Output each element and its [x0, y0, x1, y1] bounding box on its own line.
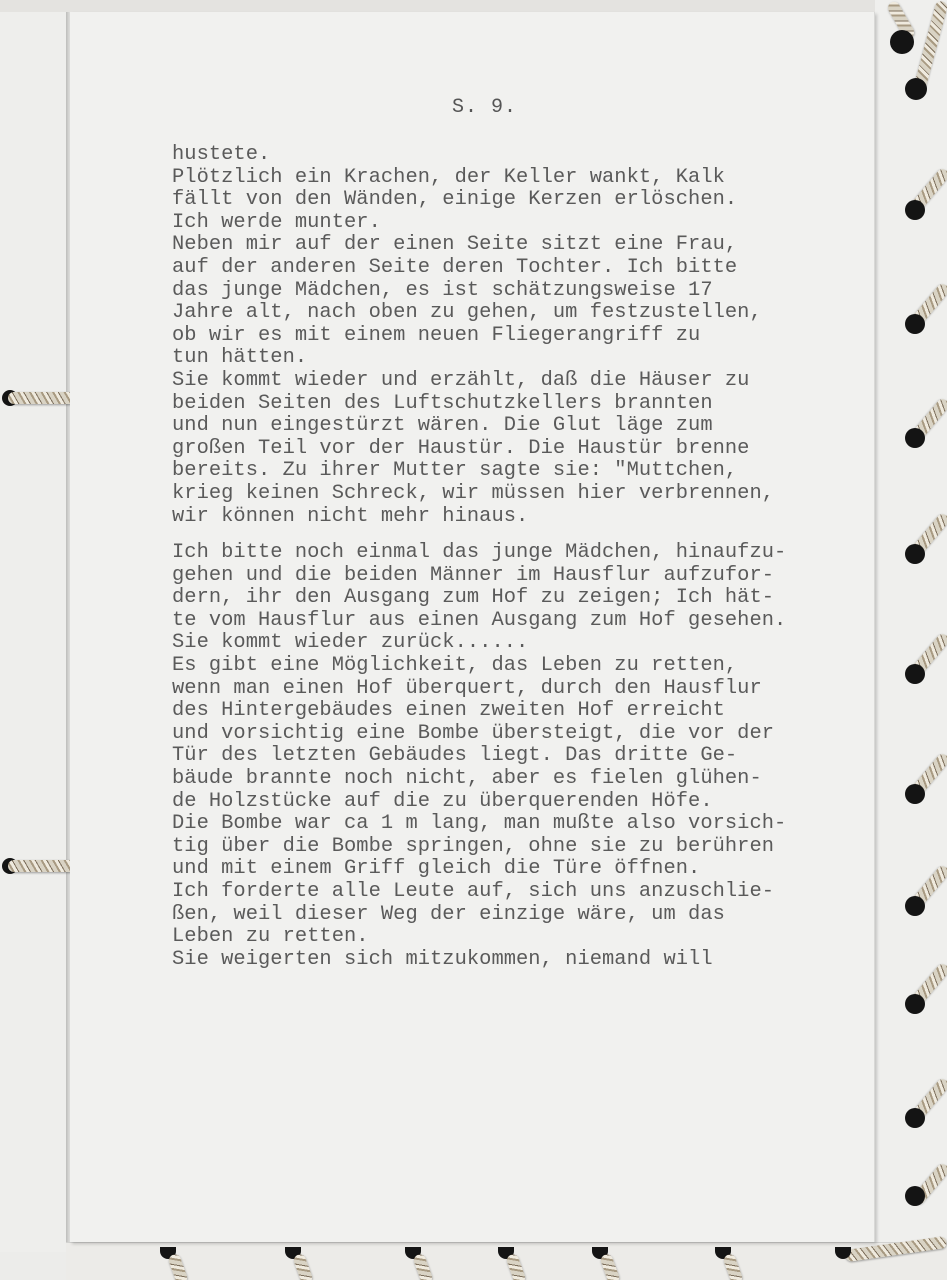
text-line: Leben zu retten.: [172, 926, 872, 949]
binding-hole: [905, 1186, 925, 1206]
text-line: Ich werde munter.: [172, 212, 872, 235]
text-line: Sie weigerten sich mitzukommen, niemand …: [172, 949, 872, 972]
text-line: beiden Seiten des Luftschutzkellers bran…: [172, 393, 872, 416]
text-line: fällt von den Wänden, einige Kerzen erlö…: [172, 189, 872, 212]
text-line: tig über die Bombe springen, ohne sie zu…: [172, 836, 872, 859]
text-line: und mit einem Griff gleich die Türe öffn…: [172, 858, 872, 881]
text-line: ob wir es mit einem neuen Fliegerangriff…: [172, 325, 872, 348]
paragraph: Ich bitte noch einmal das junge Mädchen,…: [172, 542, 872, 971]
binding-hole: [905, 896, 925, 916]
text-line: Neben mir auf der einen Seite sitzt eine…: [172, 234, 872, 257]
text-line: dern, ihr den Ausgang zum Hof zu zeigen;…: [172, 587, 872, 610]
text-line: und vorsichtig eine Bombe übersteigt, di…: [172, 723, 872, 746]
text-line: des Hintergebäudes einen zweiten Hof err…: [172, 700, 872, 723]
text-line: Es gibt eine Möglichkeit, das Leben zu r…: [172, 655, 872, 678]
binding-hole: [905, 78, 927, 100]
page-number: S. 9.: [452, 96, 517, 119]
binding-hole: [905, 1108, 925, 1128]
text-line: hustete.: [172, 144, 872, 167]
paragraph-gap: [172, 528, 872, 542]
text-line: Tür des letzten Gebäudes liegt. Das drit…: [172, 745, 872, 768]
text-line: Die Bombe war ca 1 m lang, man mußte als…: [172, 813, 872, 836]
binding-hole: [905, 784, 925, 804]
text-line: Jahre alt, nach oben zu gehen, um festzu…: [172, 302, 872, 325]
top-edge: [0, 0, 947, 12]
text-line: bereits. Zu ihrer Mutter sagte sie: "Mut…: [172, 460, 872, 483]
binding-hole: [905, 200, 925, 220]
text-line: wenn man einen Hof überquert, durch den …: [172, 678, 872, 701]
text-line: und nun eingestürzt wären. Die Glut läge…: [172, 415, 872, 438]
text-line: tun hätten.: [172, 347, 872, 370]
text-line: ßen, weil dieser Weg der einzige wäre, u…: [172, 904, 872, 927]
binding-hole: [905, 544, 925, 564]
binding-hole: [905, 664, 925, 684]
text-line: auf der anderen Seite deren Tochter. Ich…: [172, 257, 872, 280]
binding-hole: [905, 428, 925, 448]
text-line: krieg keinen Schreck, wir müssen hier ve…: [172, 483, 872, 506]
text-line: wir können nicht mehr hinaus.: [172, 506, 872, 529]
binding-hole: [905, 314, 925, 334]
page-body: hustete.Plötzlich ein Krachen, der Kelle…: [172, 144, 872, 971]
text-line: te vom Hausflur aus einen Ausgang zum Ho…: [172, 610, 872, 633]
text-line: Ich bitte noch einmal das junge Mädchen,…: [172, 542, 872, 565]
text-line: großen Teil vor der Haustür. Die Haustür…: [172, 438, 872, 461]
paragraph: hustete.Plötzlich ein Krachen, der Kelle…: [172, 144, 872, 528]
binding-hole: [890, 30, 914, 54]
text-line: Sie kommt wieder und erzählt, daß die Hä…: [172, 370, 872, 393]
text-line: das junge Mädchen, es ist schätzungsweis…: [172, 280, 872, 303]
binding-hole: [905, 994, 925, 1014]
text-line: de Holzstücke auf die zu überquerenden H…: [172, 791, 872, 814]
text-line: gehen und die beiden Männer im Hausflur …: [172, 565, 872, 588]
text-line: Sie kommt wieder zurück......: [172, 632, 872, 655]
text-line: Ich forderte alle Leute auf, sich uns an…: [172, 881, 872, 904]
previous-page-edge: [0, 12, 66, 1252]
text-line: Plötzlich ein Krachen, der Keller wankt,…: [172, 167, 872, 190]
text-line: bäude brannte noch nicht, aber es fielen…: [172, 768, 872, 791]
